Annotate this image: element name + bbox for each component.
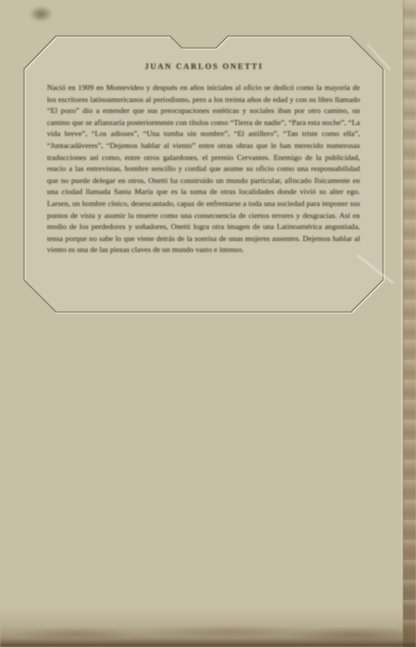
- page-edge-right: [403, 0, 416, 647]
- biography-paragraph: Nació en 1909 en Montevideo y después en…: [47, 82, 360, 256]
- stain-top-left: [28, 5, 54, 23]
- author-heading: JUAN CARLOS ONETTI: [48, 62, 360, 71]
- book-back-cover: JUAN CARLOS ONETTI Nació en 1909 en Mont…: [0, 0, 416, 647]
- page-edge-bottom: [0, 607, 416, 647]
